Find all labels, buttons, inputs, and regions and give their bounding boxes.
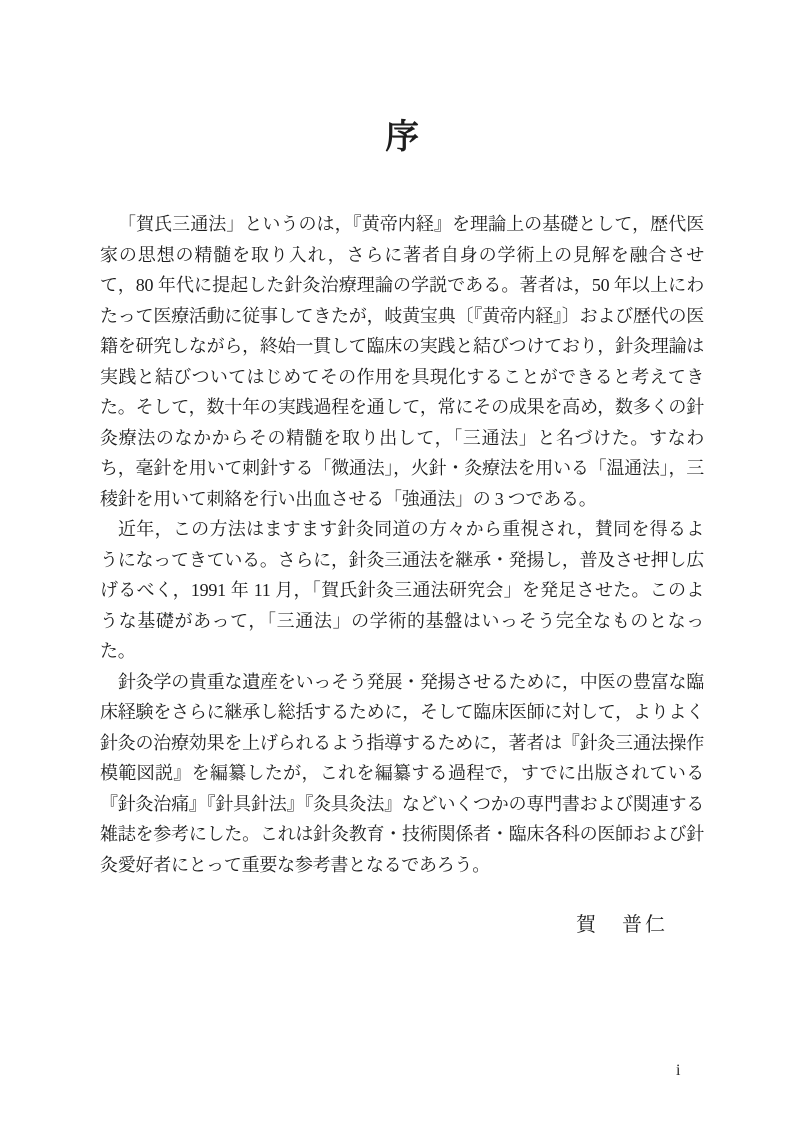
page-number: i (676, 1060, 680, 1082)
paragraph-3: 針灸学の貴重な遺産をいっそう発展・発揚させるために，中医の豊富な臨床経験をさらに… (100, 667, 704, 881)
author-signature: 賀 普仁 (100, 911, 704, 939)
paragraph-2: 近年，この方法はますます針灸同道の方々から重視され，賛同を得るようになってきてい… (100, 514, 704, 667)
paragraph-1: 「賀氏三通法」というのは，『黄帝内経』を理論上の基礎として，歴代医家の思想の精髄… (100, 209, 704, 514)
preface-page: 序 「賀氏三通法」というのは，『黄帝内経』を理論上の基礎として，歴代医家の思想の… (0, 0, 800, 1135)
preface-body: 「賀氏三通法」というのは，『黄帝内経』を理論上の基礎として，歴代医家の思想の精髄… (100, 209, 704, 880)
page-title: 序 (100, 116, 704, 160)
